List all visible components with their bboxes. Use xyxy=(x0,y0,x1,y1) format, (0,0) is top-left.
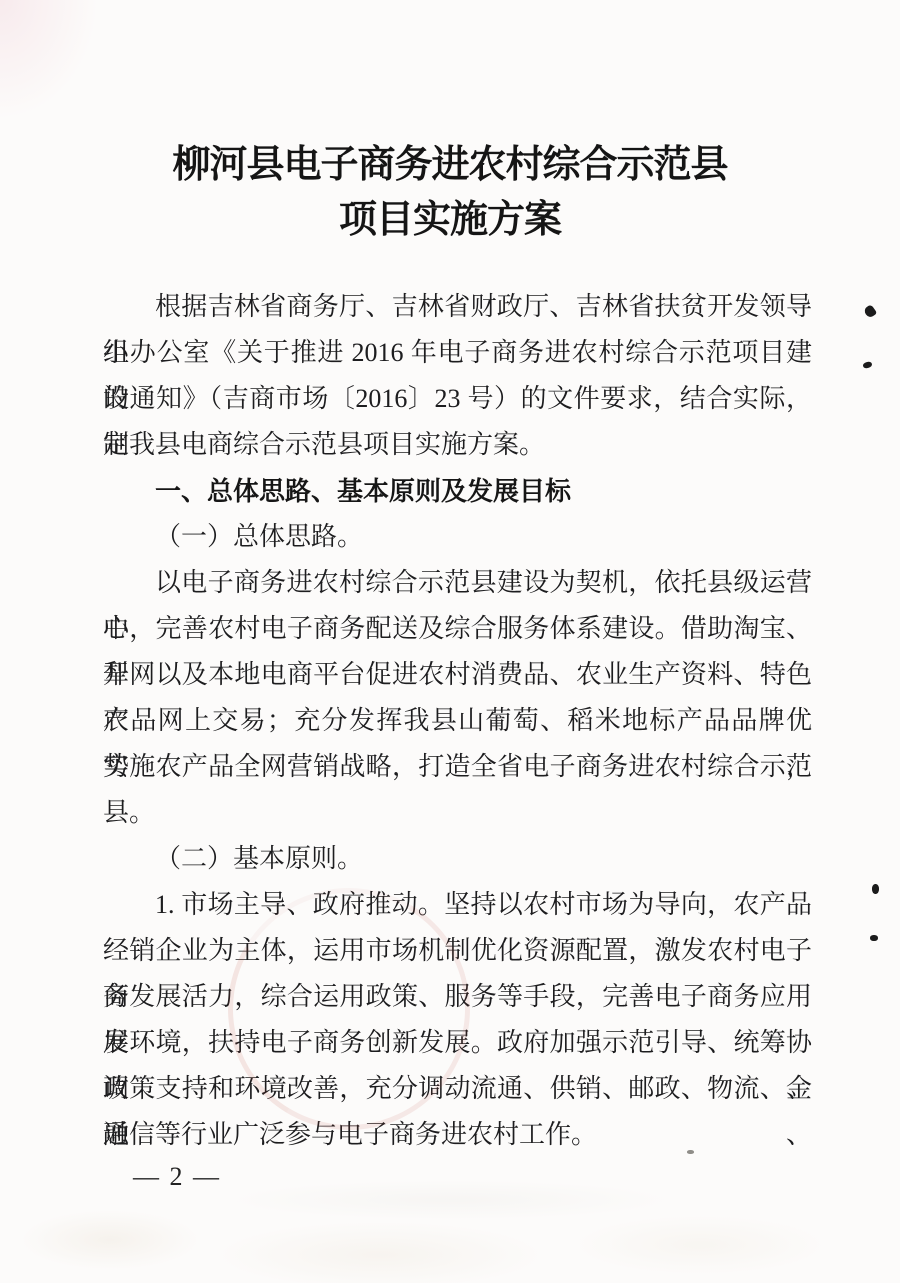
text-line: 产品网上交易；充分发挥我县山葡萄、稻米地标产品品牌优势， xyxy=(103,698,812,744)
scanned-document-page: 柳河县电子商务进农村综合示范县 项目实施方案 根据吉林省商务厅、吉林省财政厅、吉… xyxy=(0,0,900,1283)
ink-speck xyxy=(687,1150,694,1154)
page-number: — 2 — xyxy=(133,1162,221,1192)
text-line: 政策支持和环境改善，充分调动流通、供销、邮政、物流、金融、 xyxy=(103,1066,812,1112)
text-line: 县。 xyxy=(103,790,812,836)
text-line: 的通知》（吉商市场〔2016〕23 号）的文件要求，结合实际，制 xyxy=(103,376,812,422)
text-line: 心，完善农村电子商务配送及综合服务体系建设。借助淘宝、开 xyxy=(103,606,812,652)
text-line: 根据吉林省商务厅、吉林省财政厅、吉林省扶贫开发领导小 xyxy=(103,284,812,330)
document-title-line1: 柳河县电子商务进农村综合示范县 xyxy=(0,138,900,193)
section-heading: 一、总体思路、基本原则及发展目标 xyxy=(103,468,812,514)
text-line: 实施农产品全网营销战略，打造全省电子商务进农村综合示范 xyxy=(103,744,812,790)
document-title: 柳河县电子商务进农村综合示范县 项目实施方案 xyxy=(0,138,900,248)
ink-speck xyxy=(872,884,879,894)
text-line: 定我县电商综合示范县项目实施方案。 xyxy=(103,422,812,468)
document-title-line2: 项目实施方案 xyxy=(0,193,900,248)
text-line: （二）基本原则。 xyxy=(103,836,812,882)
ink-speck xyxy=(870,935,878,941)
text-line: 1. 市场主导、政府推动。坚持以农村市场为导向，农产品 xyxy=(103,882,812,928)
text-line: 组办公室《关于推进 2016 年电子商务进农村综合示范项目建设 xyxy=(103,330,812,376)
ink-speck xyxy=(862,361,872,369)
text-line: （一）总体思路。 xyxy=(103,514,812,560)
text-line: 以电子商务进农村综合示范县建设为契机，依托县级运营中 xyxy=(103,560,812,606)
text-line: 犁网以及本地电商平台促进农村消费品、农业生产资料、特色农 xyxy=(103,652,812,698)
ink-speck xyxy=(863,304,878,319)
